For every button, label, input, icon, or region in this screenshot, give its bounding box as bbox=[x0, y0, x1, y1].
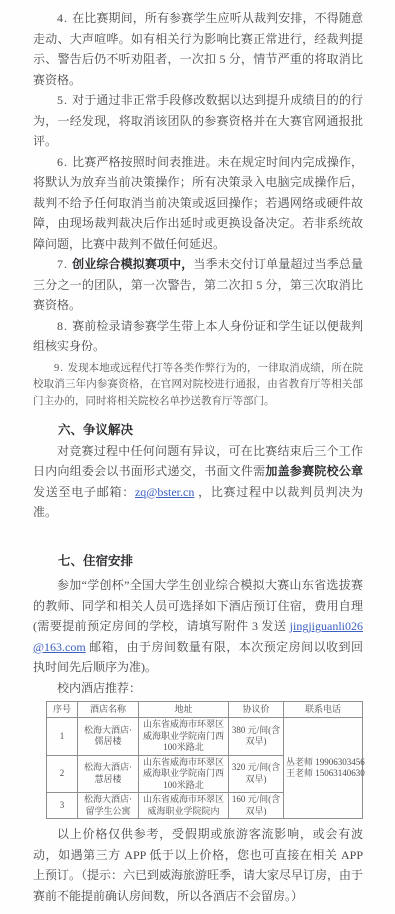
rule-bold-lead: 创业综合模拟赛项中， bbox=[72, 257, 193, 271]
rule-text: 对于通过非正常手段修改数据以达到提升成绩目的的行为，一经发现，将取消该团队的参赛… bbox=[33, 93, 363, 148]
dispute-text-bold: 加盖参赛院校公章 bbox=[265, 464, 363, 478]
header-agreed-price: 协议价 bbox=[229, 702, 284, 718]
cell-price: 380 元/间(含双早) bbox=[229, 718, 284, 756]
hotel-table-header-row: 序号 酒店名称 地址 协议价 联系电话 bbox=[47, 702, 363, 718]
rule-number: 5. bbox=[57, 93, 72, 107]
cell-contact-phone: 丛老师 19906303456 王老师 15063140630 bbox=[284, 718, 363, 819]
rule-number: 9. bbox=[54, 363, 68, 374]
rule-text: 在比赛期间，所有参赛学生应听从裁判安排，不得随意走动、大声喧哗。如有相关行为影响… bbox=[33, 11, 363, 87]
cell-serial: 1 bbox=[47, 718, 78, 756]
cell-address: 山东省威海市环翠区威海职业学院南门西100米路北 bbox=[139, 718, 229, 756]
cell-serial: 3 bbox=[47, 793, 78, 819]
price-note-paragraph: 以上价格仅供参考，受假期或旅游客流影响，或会有波动，如遇第三方 APP 低于以上… bbox=[33, 824, 363, 906]
hotel-table-row: 1 松海大酒店·儒居楼 山东省威海市环翠区威海职业学院南门西100米路北 380… bbox=[47, 718, 363, 756]
rule-item-7: 7. 创业综合模拟赛项中，当季未交付订单量超过当季总量三分之一的团队，第一次警告… bbox=[33, 254, 363, 316]
dispute-paragraph: 对竞赛过程中任何问题有异议，可在比赛结束后三个工作日内向组委会以书面形式递交，书… bbox=[33, 441, 363, 523]
contact-line-1: 丛老师 19906303456 bbox=[286, 757, 360, 769]
lodging-paragraph: 参加“学创杯”全国大学生创业综合模拟大赛山东省选拔赛的教师、同学和相关人员可选择… bbox=[33, 575, 363, 678]
rule-item-9: 9. 发现本地或远程代打等各类作弊行为的，一律取消成绩，所在院校取消三年内参赛资… bbox=[33, 361, 363, 411]
email-link-zq[interactable]: zq@bster.cn bbox=[135, 485, 194, 499]
rule-item-6: 6. 比赛严格按照时间表推进。未在规定时间内完成操作，将默认为放弃当前决策操作；… bbox=[33, 152, 363, 255]
rule-number: 7. bbox=[57, 257, 72, 271]
rule-text: 发现本地或远程代打等各类作弊行为的，一律取消成绩，所在院校取消三年内参赛资格，在… bbox=[33, 363, 363, 407]
cell-address: 山东省威海市环翠区威海职业学院院内 bbox=[139, 793, 229, 819]
cell-hotel-name: 松海大酒店·慧居楼 bbox=[78, 755, 139, 793]
rule-text: 赛前检录请参赛学生带上本人身份证和学生证以便裁判组核实身份。 bbox=[33, 319, 363, 354]
cell-serial: 2 bbox=[47, 755, 78, 793]
contact-line-2: 王老师 15063140630 bbox=[286, 768, 360, 780]
rule-number: 6. bbox=[57, 155, 72, 169]
header-hotel-name: 酒店名称 bbox=[78, 702, 139, 718]
hotel-table: 序号 酒店名称 地址 协议价 联系电话 1 松海大酒店·儒居楼 山东省威海市环翠… bbox=[46, 701, 363, 819]
rule-item-4: 4. 在比赛期间，所有参赛学生应听从裁判安排，不得随意走动、大声喧哗。如有相关行… bbox=[33, 8, 363, 90]
rule-number: 4. bbox=[57, 11, 72, 25]
section-heading-lodging: 七、住宿安排 bbox=[33, 551, 363, 572]
header-contact-phone: 联系电话 bbox=[284, 702, 363, 718]
rule-item-8: 8. 赛前检录请参赛学生带上本人身份证和学生证以便裁判组核实身份。 bbox=[33, 316, 363, 357]
dispute-text-mid: 发送至电子邮箱： bbox=[33, 485, 135, 499]
document-page: 4. 在比赛期间，所有参赛学生应听从裁判安排，不得随意走动、大声喧哗。如有相关行… bbox=[0, 0, 395, 914]
hotel-recommend-label: 校内酒店推荐： bbox=[33, 678, 363, 699]
rule-item-5: 5. 对于通过非正常手段修改数据以达到提升成绩目的的行为，一经发现，将取消该团队… bbox=[33, 90, 363, 152]
cell-hotel-name: 松海大酒店·留学生公寓 bbox=[78, 793, 139, 819]
cell-address: 山东省威海市环翠区威海职业学院南门西100米路北 bbox=[139, 755, 229, 793]
section-heading-dispute: 六、争议解决 bbox=[33, 420, 363, 441]
header-serial-number: 序号 bbox=[47, 702, 78, 718]
cell-price: 160 元/间(含双早) bbox=[229, 793, 284, 819]
rule-number: 8. bbox=[57, 319, 72, 333]
header-address: 地址 bbox=[139, 702, 229, 718]
cell-price: 320 元/间(含双早) bbox=[229, 755, 284, 793]
rule-text: 比赛严格按照时间表推进。未在规定时间内完成操作，将默认为放弃当前决策操作；所有决… bbox=[33, 155, 363, 251]
cell-hotel-name: 松海大酒店·儒居楼 bbox=[78, 718, 139, 756]
